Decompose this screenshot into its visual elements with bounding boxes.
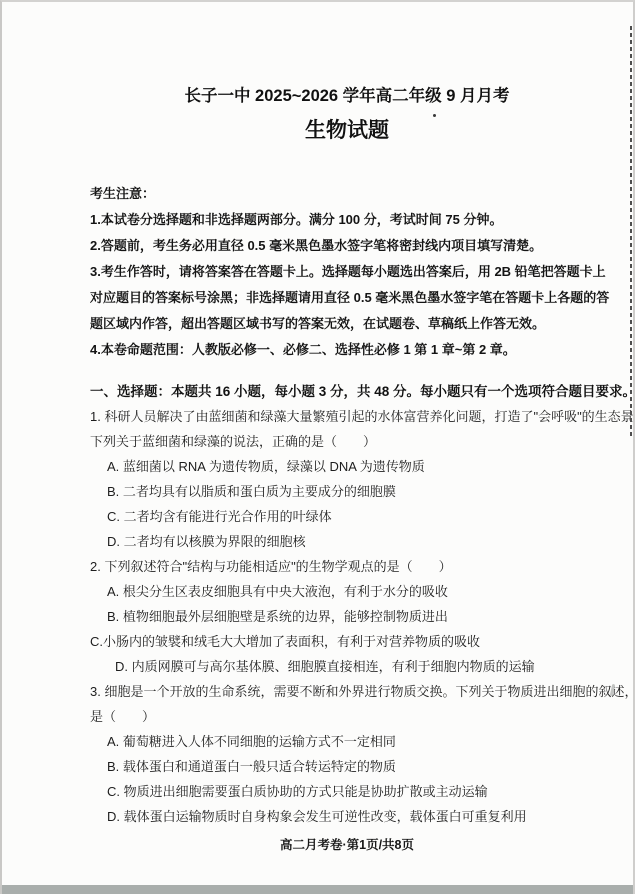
notice-heading: 考生注意：: [90, 181, 604, 207]
option-line: A. 根尖分生区表皮细胞具有中央大液泡，有利于水分的吸收: [90, 579, 604, 604]
dashed-edge-line: [630, 26, 632, 438]
notice-line: 3.考生作答时，请将答案答在答题卡上。选择题每小题选出答案后，用 2B 铅笔把答…: [90, 259, 604, 285]
stem-text: 3. 细胞是一个开放的生命系统，需要不断和外界进行物质交换。下列关于物质进出细胞…: [90, 684, 635, 699]
option-line: C.小肠内的皱襞和绒毛大大增加了表面积，有利于对营养物质的吸收: [90, 629, 604, 654]
option-line: B. 二者均具有以脂质和蛋白质为主要成分的细胞膜: [90, 479, 604, 504]
exam-subtitle: 生物试题: [90, 117, 604, 145]
option-line: C. 物质进出细胞需要蛋白质协助的方式只能是协助扩散或主动运输: [90, 779, 604, 804]
section-header: 一、选择题：本题共 16 小题，每小题 3 分，共 48 分。每小题只有一个选项…: [90, 379, 604, 404]
option-line: A. 葡萄糖进入人体不同细胞的运输方式不一定相同: [90, 729, 604, 754]
exam-title: 长子一中 2025~2026 学年高二年级 9 月月考: [90, 86, 604, 107]
scan-bottom-bar: [2, 885, 633, 894]
notice-line: 对应题目的答案标号涂黑；非选择题请用直径 0.5 毫米黑色墨水签字笔在答题卡上各…: [90, 285, 604, 311]
notice-line: 2.答题前，考生务必用直径 0.5 毫米黑色墨水签字笔将密封线内项目填写清楚。: [90, 233, 604, 259]
question-stem: 3. 细胞是一个开放的生命系统，需要不断和外界进行物质交换。下列关于物质进出细胞…: [90, 679, 604, 704]
scanned-exam-page: 长子一中 2025~2026 学年高二年级 9 月月考 生物试题 考生注意： 1…: [0, 0, 635, 894]
notice-line: 4.本卷命题范围：人教版必修一、必修二、选择性必修 1 第 1 章~第 2 章。: [90, 337, 604, 363]
notice-line: 1.本试卷分选择题和非选择题两部分。满分 100 分，考试时间 75 分钟。: [90, 207, 604, 233]
ink-dot-artifact: [433, 114, 436, 117]
option-line: A. 蓝细菌以 RNA 为遗传物质，绿藻以 DNA 为遗传物质: [90, 454, 604, 479]
option-line: D. 内质网膜可与高尔基体膜、细胞膜直接相连，有利于细胞内物质的运输: [90, 654, 604, 679]
option-line: D. 载体蛋白运输物质时自身构象会发生可逆性改变，载体蛋白可重复利用: [90, 804, 604, 829]
question-stem: 2. 下列叙述符合"结构与功能相适应"的生物学观点的是（ ）: [90, 554, 604, 579]
option-line: B. 植物细胞最外层细胞壁是系统的边界，能够控制物质进出: [90, 604, 604, 629]
option-line: D. 二者均有以核膜为界限的细胞核: [90, 529, 604, 554]
question-stem: 1. 科研人员解决了由蓝细菌和绿藻大量繁殖引起的水体富营养化问题，打造了"会呼吸…: [90, 404, 604, 429]
option-line: C. 二者均含有能进行光合作用的叶绿体: [90, 504, 604, 529]
question-stem: 是（ ）: [90, 704, 604, 729]
question-2: 2. 下列叙述符合"结构与功能相适应"的生物学观点的是（ ） A. 根尖分生区表…: [90, 554, 604, 679]
question-3: 3. 细胞是一个开放的生命系统，需要不断和外界进行物质交换。下列关于物质进出细胞…: [90, 679, 604, 829]
page-footer: 高二月考卷·第1页/共8页: [90, 833, 604, 858]
option-line: B. 载体蛋白和通道蛋白一般只适合转运特定的物质: [90, 754, 604, 779]
notice-line: 题区域内作答，超出答题区域书写的答案无效，在试题卷、草稿纸上作答无效。: [90, 311, 604, 337]
question-1: 1. 科研人员解决了由蓝细菌和绿藻大量繁殖引起的水体富营养化问题，打造了"会呼吸…: [90, 404, 604, 554]
question-stem: 下列关于蓝细菌和绿藻的说法，正确的是（ ）: [90, 429, 604, 454]
questions-area: 1. 科研人员解决了由蓝细菌和绿藻大量繁殖引起的水体富营养化问题，打造了"会呼吸…: [90, 404, 604, 829]
candidate-notice: 考生注意： 1.本试卷分选择题和非选择题两部分。满分 100 分，考试时间 75…: [90, 181, 604, 363]
page-content: 长子一中 2025~2026 学年高二年级 9 月月考 生物试题 考生注意： 1…: [90, 2, 604, 858]
